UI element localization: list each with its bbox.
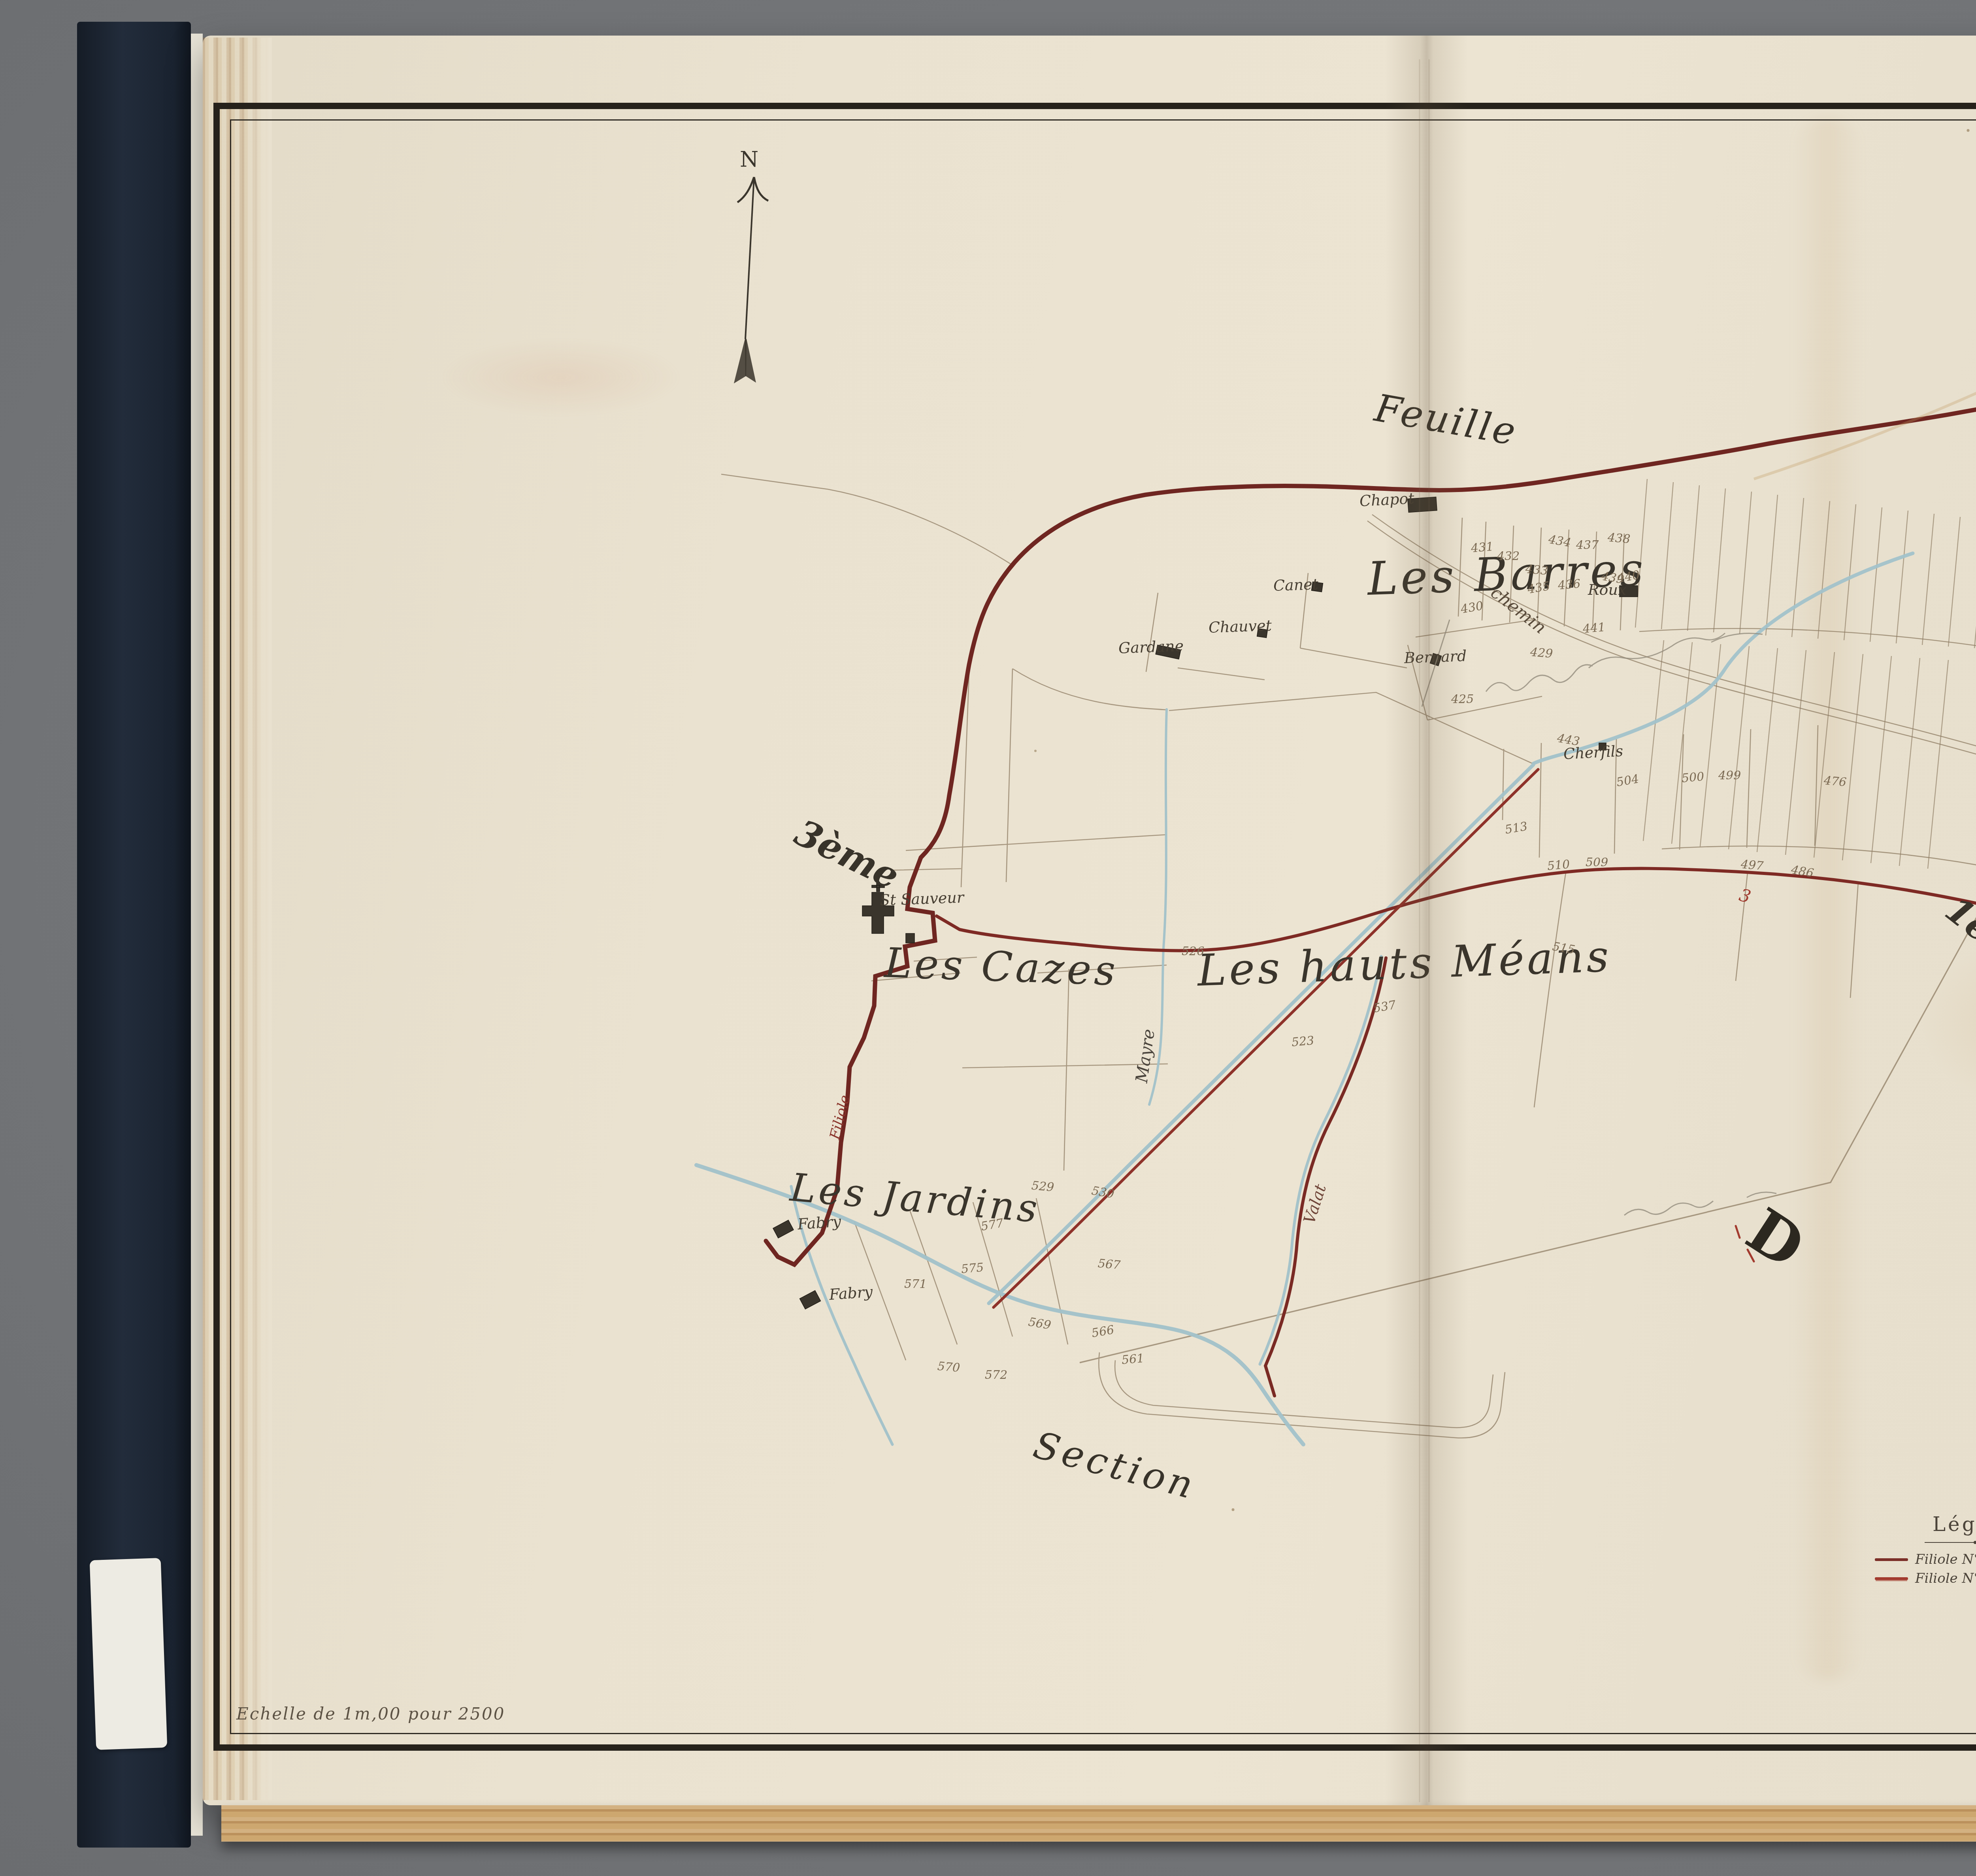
- parcel-number: 510: [1547, 858, 1571, 873]
- parcel-number: 526: [1182, 945, 1204, 958]
- parcel-number: 530: [1090, 1184, 1115, 1201]
- parcel-number: 509: [1586, 856, 1608, 869]
- parcel-number: 523: [1291, 1034, 1315, 1050]
- parcel-number: 431: [1471, 540, 1494, 556]
- parcel-number: 504: [1615, 772, 1640, 789]
- parcel-number: 436: [1557, 577, 1581, 593]
- scanned-cadastre-photo: N Feuille Feuille 1ère 3ème D Section 3 …: [0, 0, 1976, 1876]
- farm-label: Gardane: [1118, 637, 1184, 657]
- parcel-number: 513: [1504, 819, 1528, 837]
- parcel-number: 500: [1681, 770, 1705, 786]
- parcel-number: 437: [1576, 538, 1599, 552]
- legend-entry-name: Filiole N° 3: [1915, 1571, 1976, 1586]
- parcel-number: 566: [1090, 1323, 1115, 1340]
- farm-label: Bernard: [1404, 647, 1467, 666]
- way-label: Valat: [1300, 1182, 1330, 1226]
- farm-label: Canet: [1273, 575, 1318, 594]
- parcel-number: 433: [1525, 562, 1549, 578]
- legend-row-filiole-3: Filiole N° 3 ...... id .. l.: [1834, 1571, 1976, 1586]
- legend-ornament-icon: [1925, 1537, 1976, 1548]
- parcel-number: 441: [1582, 620, 1606, 636]
- sheet-label-feuille-top: Feuille: [1371, 386, 1521, 454]
- parcel-number: 499: [1718, 769, 1741, 782]
- scale-note: Echelle de 1m,00 pour 2500: [236, 1704, 505, 1723]
- parcel-number: 537: [1372, 998, 1397, 1015]
- sheet-label-1ere: 1ère: [1938, 888, 1976, 976]
- way-label: Mayre: [1132, 1028, 1159, 1084]
- farm-label: Chauvet: [1208, 617, 1272, 636]
- legend-entry-name: Filiole N° 1: [1915, 1552, 1976, 1567]
- sheet-label-3eme: 3ème: [788, 811, 906, 897]
- farm-label: St Sauveur: [879, 889, 964, 909]
- farm-label: Fabry: [828, 1283, 873, 1303]
- parcel-number: 497: [1740, 858, 1764, 873]
- legend-row-filiole-1: Filiole N° 1 .... Débit litres: [1834, 1552, 1976, 1567]
- parcel-number: 425: [1451, 692, 1474, 706]
- red-filiole-number: 3: [1737, 885, 1753, 907]
- parcel-number: 571: [904, 1277, 927, 1291]
- legend-title: Légende: [1834, 1513, 1976, 1536]
- north-letter: N: [740, 147, 758, 172]
- legend-swatch-filiole-1: [1875, 1558, 1908, 1561]
- parcel-number: 486: [1790, 863, 1814, 880]
- farm-label: Chapot: [1359, 490, 1415, 510]
- lieu-dit-label: Les hauts Méans: [1197, 931, 1612, 996]
- section-word-bottom: Section: [1029, 1423, 1201, 1508]
- parcel-number: 575: [961, 1261, 984, 1276]
- parcel-number: 572: [985, 1368, 1007, 1382]
- map-label-layer: N Feuille Feuille 1ère 3ème D Section 3 …: [0, 0, 1976, 1876]
- way-label: Filiole: [827, 1094, 853, 1141]
- parcel-number: 476: [1823, 774, 1847, 790]
- parcel-number: 567: [1097, 1257, 1121, 1273]
- parcel-number: 570: [937, 1359, 961, 1375]
- adjacent-section-letter-d: D: [1735, 1194, 1817, 1282]
- parcel-number: 432: [1497, 549, 1520, 563]
- parcel-number: 529: [1031, 1179, 1055, 1195]
- parcel-number: 438: [1607, 531, 1631, 547]
- farm-label: Fabry: [797, 1212, 841, 1233]
- parcel-number: 569: [1027, 1315, 1052, 1332]
- lieu-dit-label: Les Cazes: [884, 939, 1119, 995]
- legend: Légende Filiole N° 1 .... Débit litres F…: [1834, 1513, 1976, 1586]
- parcel-number: 443: [1556, 731, 1580, 749]
- legend-swatch-filiole-3: [1875, 1577, 1908, 1580]
- parcel-number: 429: [1530, 645, 1554, 661]
- parcel-number: 561: [1121, 1352, 1145, 1367]
